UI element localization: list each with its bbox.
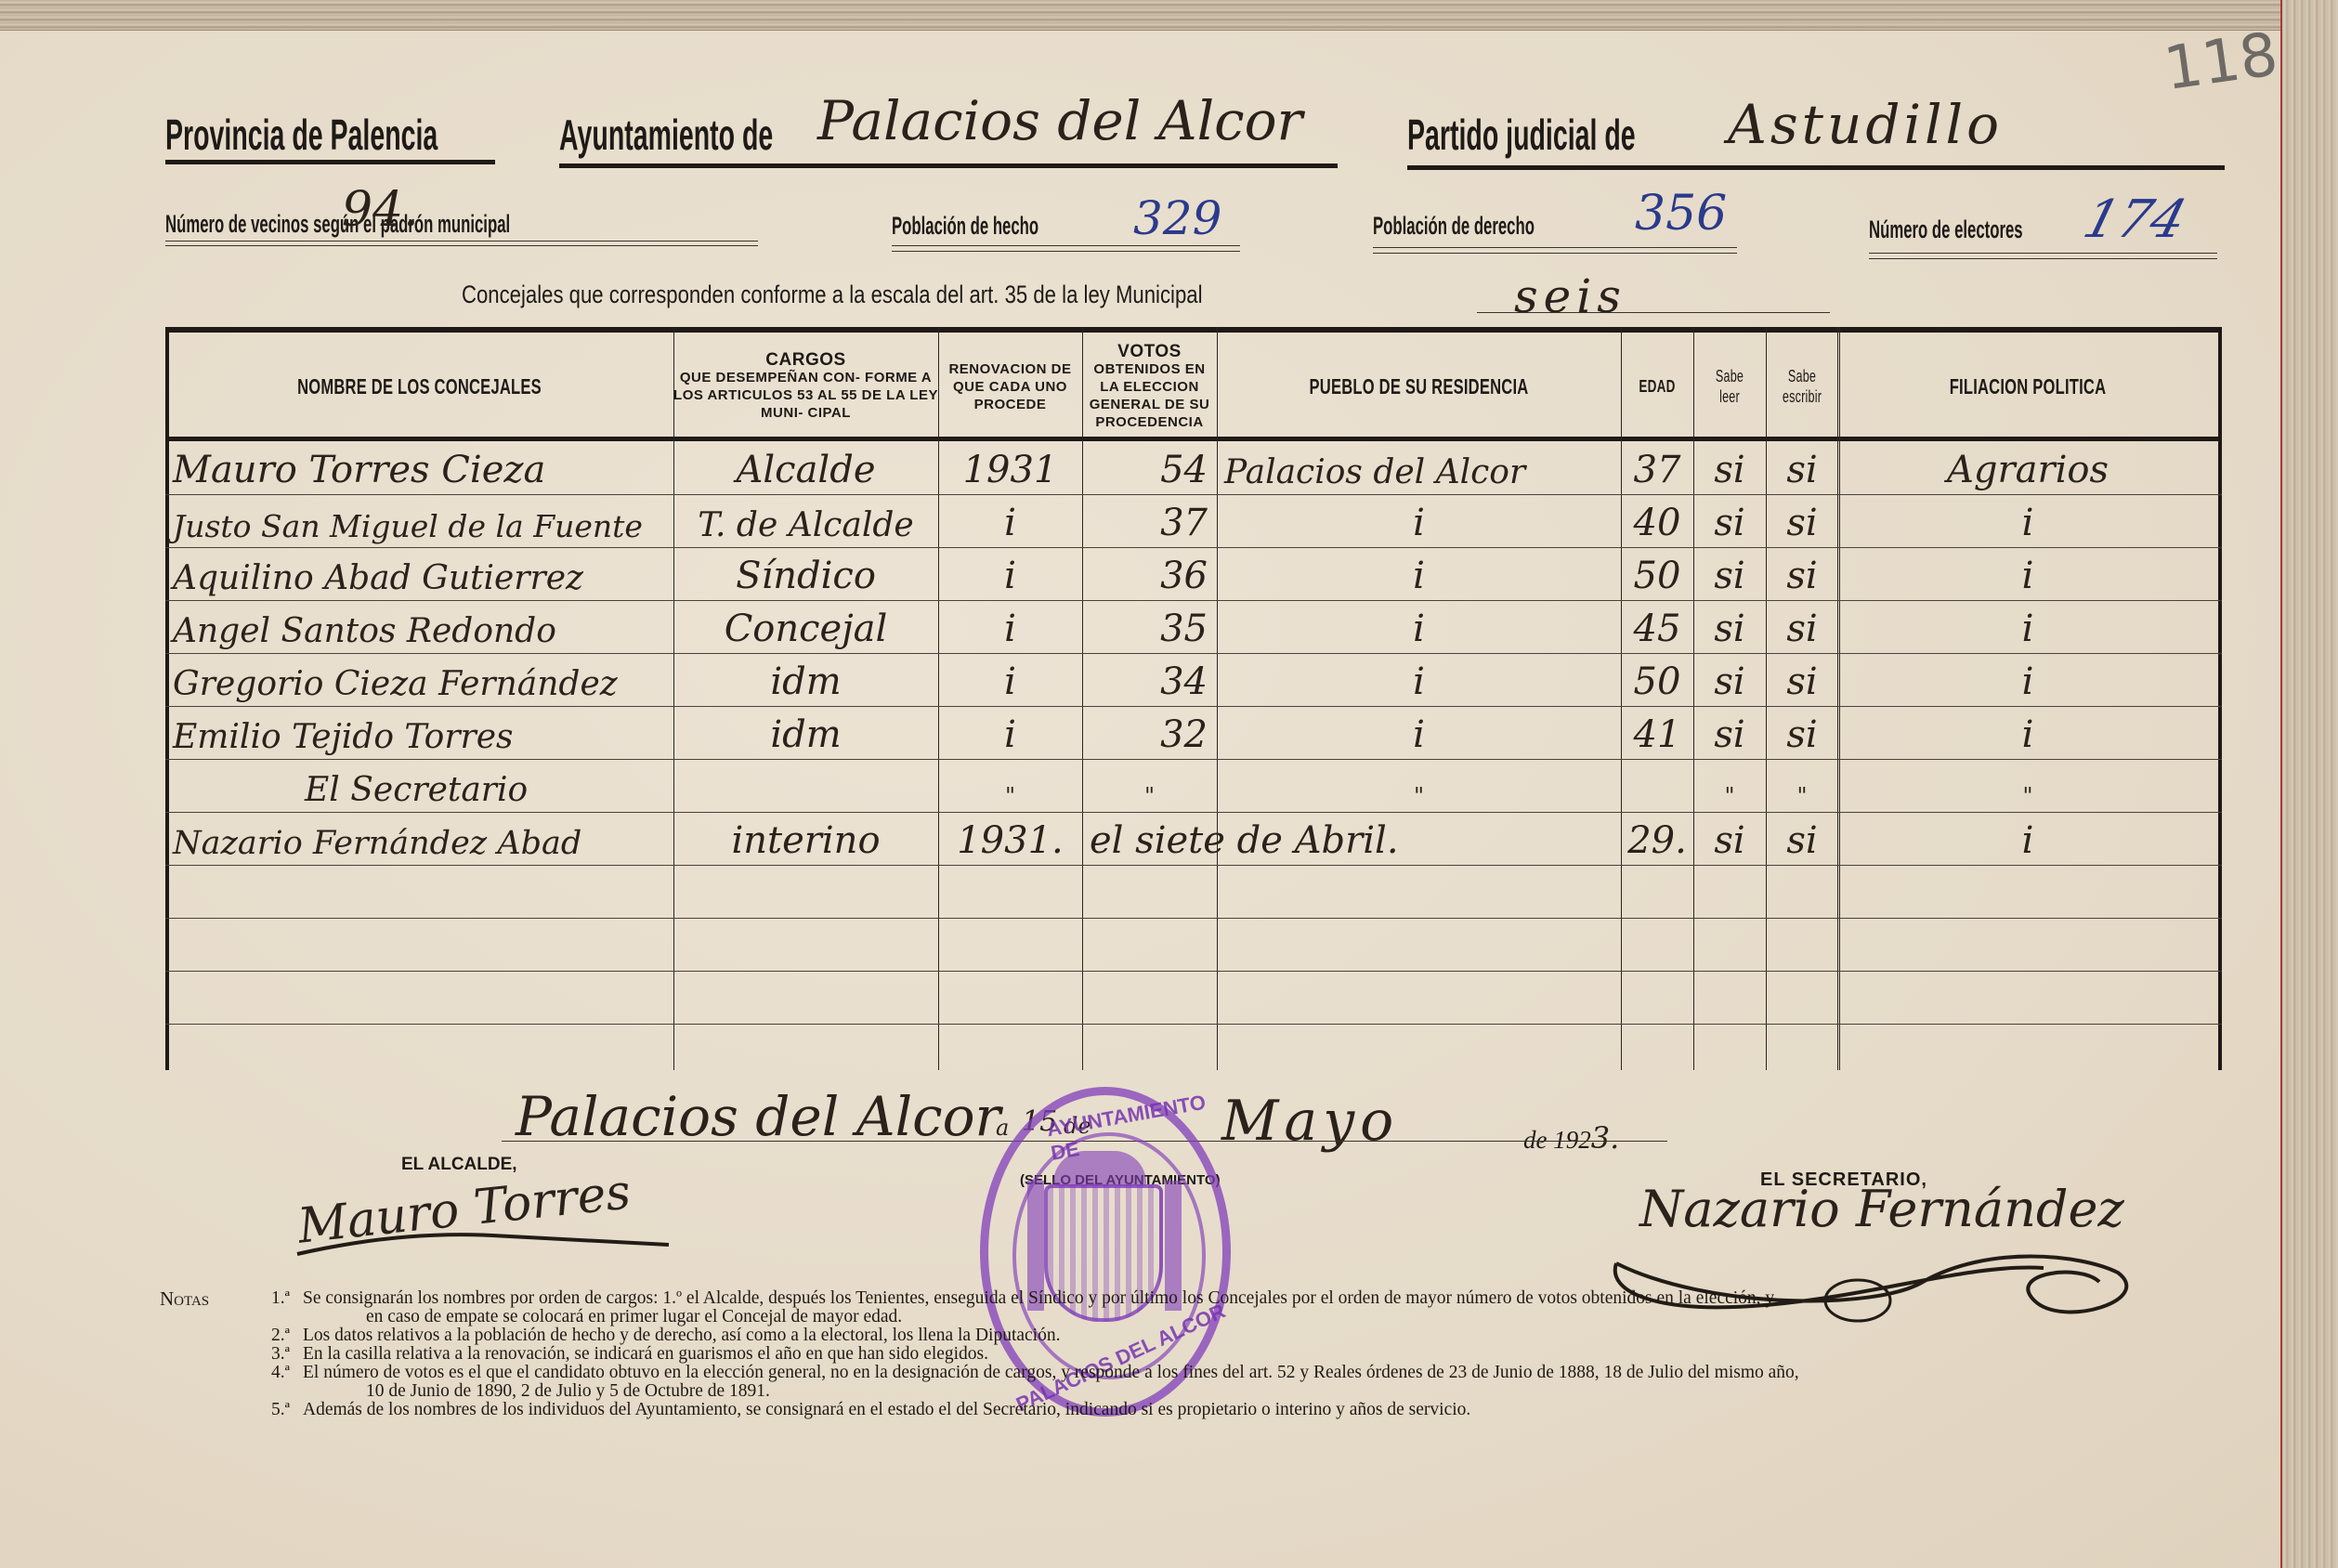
header-votos-sub: OBTENIDOS EN LA ELECCION GENERAL DE SU P… — [1090, 361, 1210, 430]
cell-cargo: idm — [673, 707, 938, 760]
cell-filiacion: i — [1837, 707, 2218, 760]
cell-filiacion: i — [1837, 548, 2218, 601]
cell-pueblo: i — [1217, 654, 1621, 707]
cell-escribir: si — [1766, 442, 1838, 495]
cell-nombre: Aquilino Abad Gutierrez — [165, 548, 673, 601]
cell-votos: 35 — [1082, 601, 1217, 654]
notes-section: Notas 1.ª Se consignarán los nombres por… — [160, 1289, 2231, 1419]
header-leer: Sabe leer — [1705, 336, 1756, 437]
cell-edad: 45 — [1621, 601, 1693, 654]
note-number: 1.ª — [245, 1289, 303, 1308]
cell-filiacion: Agrarios — [1837, 442, 2218, 495]
ayuntamiento-underline — [559, 163, 1338, 168]
date-a-label: a — [996, 1115, 1009, 1141]
note-number: 4.ª — [245, 1364, 303, 1382]
cell-nombre: Emilio Tejido Torres — [165, 707, 673, 760]
cell-leer: si — [1693, 654, 1766, 707]
cell-votos: " — [1082, 760, 1217, 813]
note-number: 3.ª — [245, 1345, 303, 1364]
cell-pueblo: i — [1217, 707, 1621, 760]
cell-escribir: si — [1766, 813, 1838, 866]
note-text: Además de los nombres de los individuos … — [303, 1401, 1470, 1419]
electores-rule — [1869, 253, 2217, 254]
page-top-edge — [0, 0, 2338, 31]
header-cargos: CARGOSQUE DESEMPEÑAN CON- FORME A LOS AR… — [673, 336, 938, 437]
cell-leer: si — [1693, 548, 1766, 601]
cell-filiacion: i — [1837, 654, 2218, 707]
vecinos-value: 94. — [342, 182, 419, 238]
concejales-label: Concejales que corresponden conforme a l… — [462, 281, 1203, 309]
cell-nombre: Nazario Fernández Abad — [165, 813, 673, 866]
header-escribir: Sabe escribir — [1777, 336, 1828, 437]
partido-underline — [1407, 165, 2225, 170]
derecho-field: Población de derecho — [1373, 212, 1634, 241]
note-text: En la casilla relativa a la renovación, … — [303, 1345, 988, 1364]
concejales-table: NOMBRE DE LOS CONCEJALES CARGOSQUE DESEM… — [165, 327, 2222, 1070]
page-right-edge — [2280, 0, 2338, 1568]
cell-pueblo: i — [1217, 601, 1621, 654]
ayuntamiento-label: Ayuntamiento de — [559, 110, 773, 160]
ayuntamiento-value: Palacios del Alcor — [817, 89, 1302, 152]
header-votos-title: VOTOS — [1086, 343, 1213, 360]
header-filiacion: FILIACION POLITICA — [1890, 336, 2164, 437]
cell-edad: 50 — [1621, 654, 1693, 707]
date-year-suffix: 3. — [1591, 1120, 1620, 1156]
provincia-heading: Provincia de Palencia — [165, 110, 605, 160]
cell-edad: 50 — [1621, 548, 1693, 601]
header-nombre: NOMBRE DE LOS CONCEJALES — [237, 336, 603, 437]
vecinos-label: Número de vecinos según el padrón munici… — [165, 210, 510, 239]
cell-votos: 32 — [1082, 707, 1217, 760]
notes-list: 1.ª Se consignarán los nombres por orden… — [245, 1289, 2231, 1419]
cell-pueblo: i — [1217, 495, 1621, 548]
cell-votos: el siete de Abril. — [1082, 813, 1621, 866]
cell-renovacion: i — [938, 548, 1082, 601]
cell-filiacion: " — [1837, 760, 2218, 813]
electores-label: Número de electores — [1869, 216, 2023, 244]
hecho-value: 329 — [1133, 191, 1221, 245]
cell-votos: 54 — [1082, 442, 1217, 495]
notes-label: Notas — [160, 1289, 209, 1308]
note-item: 5.ª Además de los nombres de los individ… — [245, 1401, 2231, 1419]
cell-filiacion: i — [1837, 601, 2218, 654]
cell-nombre: El Secretario — [165, 760, 673, 813]
header-edad: EDAD — [1630, 336, 1685, 437]
cell-nombre — [165, 919, 673, 972]
cell-escribir: " — [1766, 760, 1838, 813]
header-cargos-title: CARGOS — [673, 351, 938, 369]
cell-escribir: si — [1766, 548, 1838, 601]
cell-nombre: Gregorio Cieza Fernández — [165, 654, 673, 707]
note-continuation: en caso de empate se colocará en primer … — [245, 1308, 2231, 1326]
cell-nombre — [165, 972, 673, 1025]
note-text: Los datos relativos a la población de he… — [303, 1326, 1060, 1345]
note-text: El número de votos es el que el candidat… — [303, 1364, 1799, 1382]
cell-edad — [1621, 760, 1693, 813]
vecinos-rule-2 — [165, 245, 758, 246]
hecho-label: Población de hecho — [892, 212, 1038, 241]
electores-value: 174 — [2077, 189, 2192, 250]
alcalde-label: EL ALCALDE, — [401, 1155, 517, 1175]
cell-renovacion: 1931. — [938, 813, 1082, 866]
hecho-field: Población de hecho — [892, 212, 1129, 241]
date-place: Palacios del Alcor — [516, 1085, 1000, 1148]
cell-renovacion: " — [938, 760, 1082, 813]
alcalde-flourish-icon — [288, 1198, 678, 1273]
cell-pueblo: i — [1217, 548, 1621, 601]
cell-cargo: Concejal — [673, 601, 938, 654]
cell-filiacion: i — [1837, 813, 2218, 866]
cell-cargo: Síndico — [673, 548, 938, 601]
provincia-underline — [165, 160, 495, 164]
derecho-label: Población de derecho — [1373, 212, 1535, 241]
note-text: Se consignarán los nombres por orden de … — [303, 1289, 1774, 1308]
cell-leer: si — [1693, 495, 1766, 548]
note-continuation: 10 de Junio de 1890, 2 de Julio y 5 de O… — [245, 1382, 2231, 1401]
cell-votos: 34 — [1082, 654, 1217, 707]
electores-rule-2 — [1869, 258, 2217, 259]
date-year-prefix: de 192 — [1523, 1126, 1591, 1154]
cell-leer: si — [1693, 707, 1766, 760]
cell-renovacion: 1931 — [938, 442, 1082, 495]
note-item: 2.ª Los datos relativos a la población d… — [245, 1326, 2231, 1345]
cell-escribir: si — [1766, 495, 1838, 548]
cell-renovacion: i — [938, 601, 1082, 654]
derecho-rule-2 — [1373, 253, 1737, 254]
cell-renovacion: i — [938, 707, 1082, 760]
cell-cargo — [673, 760, 938, 813]
partido-value: Astudillo — [1728, 93, 2003, 156]
cell-votos: 36 — [1082, 548, 1217, 601]
cell-votos: 37 — [1082, 495, 1217, 548]
date-month: Mayo — [1221, 1089, 1399, 1154]
cell-escribir: si — [1766, 707, 1838, 760]
header-cargos-sub: QUE DESEMPEÑAN CON- FORME A LOS ARTICULO… — [673, 370, 938, 421]
header-votos: VOTOSOBTENIDOS EN LA ELECCION GENERAL DE… — [1082, 336, 1217, 437]
cell-leer: si — [1693, 601, 1766, 654]
provincia-label: Provincia de Palencia — [165, 110, 438, 160]
cell-edad: 29. — [1621, 813, 1693, 866]
vecinos-field: Número de vecinos según el padrón munici… — [165, 210, 722, 239]
note-number: 2.ª — [245, 1326, 303, 1345]
cell-cargo: idm — [673, 654, 938, 707]
vecinos-rule — [165, 241, 758, 242]
note-item: 4.ª El número de votos es el que el cand… — [245, 1364, 2231, 1382]
cell-pueblo: " — [1217, 760, 1621, 813]
col-border — [2218, 327, 2222, 1070]
hecho-rule-2 — [892, 251, 1240, 252]
cell-escribir: si — [1766, 654, 1838, 707]
concejales-value: seis — [1514, 269, 1626, 323]
cell-renovacion: i — [938, 495, 1082, 548]
cell-nombre: Mauro Torres Cieza — [165, 442, 673, 495]
cell-filiacion: i — [1837, 495, 2218, 548]
hecho-rule — [892, 245, 1240, 246]
note-item: 1.ª Se consignarán los nombres por orden… — [245, 1289, 2231, 1308]
cell-edad: 37 — [1621, 442, 1693, 495]
cell-cargo: Alcalde — [673, 442, 938, 495]
cell-leer: si — [1693, 813, 1766, 866]
date-year: de 1923. — [1523, 1120, 1619, 1156]
cell-nombre: Angel Santos Redondo — [165, 601, 673, 654]
partido-label: Partido judicial de — [1407, 110, 1636, 160]
cell-edad: 41 — [1621, 707, 1693, 760]
cell-leer: si — [1693, 442, 1766, 495]
header-renovacion: RENOVACION DE QUE CADA UNO PROCEDE — [938, 336, 1082, 437]
cell-nombre: Justo San Miguel de la Fuente — [165, 495, 673, 548]
derecho-value: 356 — [1635, 186, 1727, 242]
cell-edad: 40 — [1621, 495, 1693, 548]
derecho-rule — [1373, 247, 1737, 248]
cell-renovacion: i — [938, 654, 1082, 707]
header-pueblo: PUEBLO DE SU RESIDENCIA — [1273, 336, 1564, 437]
cell-escribir: si — [1766, 601, 1838, 654]
cell-cargo: interino — [673, 813, 938, 866]
concejales-rule — [1477, 312, 1830, 313]
table-header-border — [165, 437, 2222, 441]
note-item: 3.ª En la casilla relativa a la renovaci… — [245, 1345, 2231, 1364]
cell-nombre — [165, 866, 673, 919]
cell-leer: " — [1693, 760, 1766, 813]
cell-cargo: T. de Alcalde — [673, 495, 938, 548]
partido-heading: Partido judicial de — [1407, 110, 1775, 160]
note-number: 5.ª — [245, 1401, 303, 1419]
table-top-border — [165, 327, 2222, 333]
cell-pueblo: Palacios del Alcor — [1217, 442, 1621, 495]
